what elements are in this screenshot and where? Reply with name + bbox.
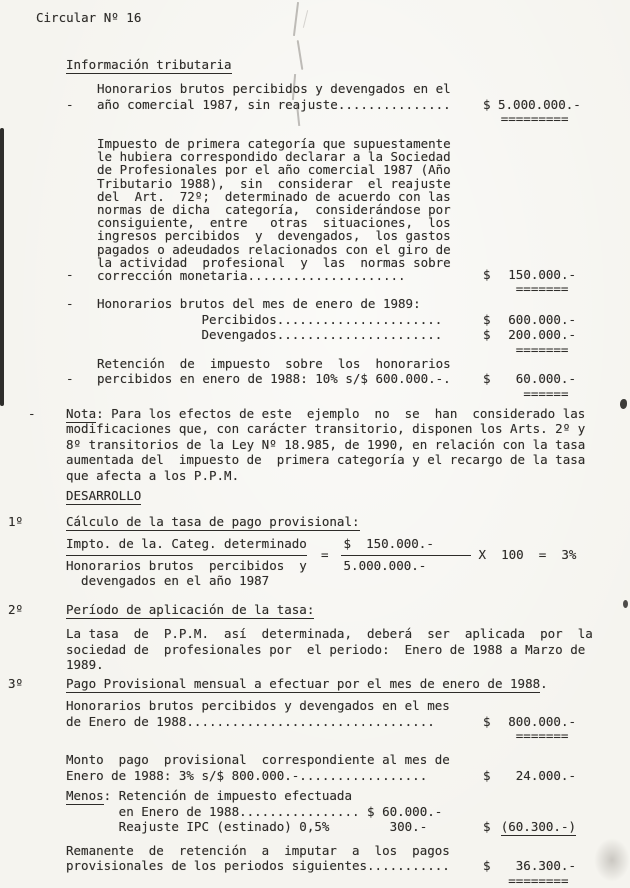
doc-row: Remanente de retención a imputar a los p… bbox=[66, 843, 630, 874]
amount-value: (60.300.-) bbox=[498, 819, 576, 835]
doc-line: Honorarios brutos percibidos y devengado… bbox=[66, 698, 483, 714]
text-segment: de Enero de 1988........................… bbox=[66, 714, 435, 729]
text-segment: Honorarios brutos percibidos y devengado… bbox=[66, 698, 450, 713]
doc-line: Honorarios brutos percibidos y devengado… bbox=[97, 81, 483, 97]
text-segment: La tasa de P.P.M. así determinada, deber… bbox=[66, 626, 593, 641]
bullet-dash: - bbox=[66, 97, 97, 113]
currency-sign: $ bbox=[483, 714, 498, 730]
section-number: 3º bbox=[8, 676, 66, 692]
double-rule: ======= bbox=[498, 283, 576, 295]
doc-line: 1989. bbox=[66, 657, 600, 673]
doc-line: Retención de impuesto sobre los honorari… bbox=[97, 356, 483, 372]
formula-result: X 100 = 3% bbox=[479, 547, 577, 563]
currency-sign: $ bbox=[483, 371, 498, 387]
underlined-text: Período de aplicación de la tasa: bbox=[66, 602, 314, 619]
fraction-numerator: Impto. de la. Categ. determinado bbox=[66, 536, 307, 552]
doc-line: 8º transitorios de la Ley Nº 18.985, de … bbox=[66, 437, 600, 453]
text-segment: en Enero de 1988................ $ 60.00… bbox=[66, 804, 442, 819]
text-segment: Reajuste IPC (estinado) 0,5% 300.- bbox=[66, 819, 427, 834]
bullet-dash: - bbox=[66, 296, 97, 312]
section-heading: Información tributaria bbox=[66, 57, 630, 73]
doc-line: Honorarios brutos del mes de enero de 19… bbox=[97, 296, 483, 312]
doc-line: Percibidos...................... bbox=[66, 312, 483, 328]
doc-row: -Impuesto de primera categoría que supue… bbox=[66, 137, 630, 282]
doc-line: La tasa de P.P.M. así determinada, deber… bbox=[66, 626, 600, 642]
underlined-text: Nota bbox=[66, 406, 96, 423]
section-number: 1º bbox=[8, 514, 66, 530]
doc-line: Enero de 1988: 3% s/$ 800.000.-.........… bbox=[66, 768, 483, 784]
amount-value: 24.000.- bbox=[498, 768, 576, 784]
doc-line: Devengados...................... bbox=[66, 327, 483, 343]
text-segment: Enero de 1988: 3% s/$ 800.000.-.........… bbox=[66, 768, 427, 783]
currency-sign: $ bbox=[483, 312, 498, 328]
section-heading: DESARROLLO bbox=[66, 488, 630, 504]
text-segment: Retención de impuesto sobre los honorari… bbox=[97, 356, 451, 371]
document-body: Información tributaria-Honorarios brutos… bbox=[0, 57, 630, 887]
row-text: Percibidos...................... bbox=[66, 312, 483, 328]
doc-line: Remanente de retención a imputar a los p… bbox=[66, 843, 483, 859]
text-segment: percibidos en enero de 1988: 10% s/$ 600… bbox=[97, 371, 451, 386]
text-segment: 8º transitorios de la Ley Nº 18.985, de … bbox=[66, 437, 585, 452]
fraction-right: $ 150.000.-5.000.000.- bbox=[341, 536, 471, 573]
section-title: Pago Provisional mensual a efectuar por … bbox=[66, 676, 548, 692]
tax-rate-formula: Impto. de la. Categ. determinadoHonorari… bbox=[66, 536, 630, 589]
bullet-dash: - bbox=[28, 406, 66, 484]
fraction-bar bbox=[341, 555, 471, 556]
text-segment: modificaciones que, con carácter transit… bbox=[66, 421, 585, 436]
doc-row: -Honorarios brutos percibidos y devengad… bbox=[66, 81, 630, 112]
fraction-denominator: 5.000.000.- bbox=[341, 558, 471, 574]
row-text: Impuesto de primera categoría que supues… bbox=[97, 137, 483, 282]
section-title: Período de aplicación de la tasa: bbox=[66, 602, 314, 618]
doc-line: provisionales de los periodos siguientes… bbox=[66, 858, 483, 874]
doc-line: aumentada del impuesto de primera catego… bbox=[66, 452, 600, 468]
doc-row: Percibidos......................$600.000… bbox=[66, 312, 630, 328]
row-text: Honorarios brutos percibidos y devengado… bbox=[97, 81, 483, 112]
section-row: 1ºCálculo de la tasa de pago provisional… bbox=[0, 514, 630, 530]
text-segment: que afecta a los P.P.M. bbox=[66, 468, 239, 483]
double-rule: ========= bbox=[498, 113, 576, 125]
text-segment: Monto pago provisional correspondiente a… bbox=[66, 752, 450, 767]
double-rule: ======= bbox=[498, 344, 576, 356]
amount-value: 60.000.- bbox=[498, 371, 576, 387]
underlined-text: Información tributaria bbox=[66, 57, 232, 74]
row-text: Retención de impuesto sobre los honorari… bbox=[97, 356, 483, 387]
row-text: Honorarios brutos percibidos y devengado… bbox=[66, 698, 483, 729]
scanned-document-page: Circular Nº 16 Información tributaria-Ho… bbox=[0, 0, 630, 888]
doc-line: Reajuste IPC (estinado) 0,5% 300.- bbox=[66, 819, 483, 835]
note-text: Nota: Para los efectos de este ejemplo n… bbox=[66, 406, 600, 484]
row-text: Remanente de retención a imputar a los p… bbox=[66, 843, 483, 874]
doc-line: año comercial 1987, sin reajuste........… bbox=[97, 97, 483, 113]
row-text: Monto pago provisional correspondiente a… bbox=[66, 752, 483, 783]
underlined-text: Pago Provisional mensual a efectuar por … bbox=[66, 676, 540, 693]
text-segment: . bbox=[540, 676, 548, 691]
doc-row: Monto pago provisional correspondiente a… bbox=[66, 752, 630, 783]
amount-value: 5.000.000.- bbox=[498, 97, 576, 113]
doc-line: Menos: Retención de impuesto efectuada bbox=[66, 788, 483, 804]
text-segment: sociedad de profesionales por el periodo… bbox=[66, 642, 585, 657]
doc-line: Nota: Para los efectos de este ejemplo n… bbox=[66, 406, 600, 422]
doc-row: Honorarios brutos percibidos y devengado… bbox=[66, 698, 630, 729]
amount-value: 36.300.- bbox=[498, 858, 576, 874]
fraction-denominator: Honorarios brutos percibidos y bbox=[66, 558, 307, 574]
bullet-dash: - bbox=[66, 267, 97, 283]
bullet-dash: - bbox=[66, 371, 97, 387]
text-segment: : Retención de impuesto efectuada bbox=[104, 788, 352, 803]
text-segment: corrección monetaria....................… bbox=[97, 268, 406, 283]
text-segment: provisionales de los periodos siguientes… bbox=[66, 858, 450, 873]
currency-sign: $ bbox=[483, 858, 498, 874]
note-row: -Nota: Para los efectos de este ejemplo … bbox=[0, 406, 630, 484]
fraction-numerator: $ 150.000.- bbox=[341, 536, 471, 552]
section-row: 3ºPago Provisional mensual a efectuar po… bbox=[0, 676, 630, 692]
doc-line: de Enero de 1988........................… bbox=[66, 714, 483, 730]
doc-line: que afecta a los P.P.M. bbox=[66, 468, 600, 484]
text-segment: 1989. bbox=[66, 657, 104, 672]
text-segment: aumentada del impuesto de primera catego… bbox=[66, 452, 585, 467]
amount-value: 800.000.- bbox=[498, 714, 576, 730]
text-segment: Devengados...................... bbox=[66, 327, 442, 342]
currency-sign: $ bbox=[483, 97, 498, 113]
text-segment: Honorarios brutos del mes de enero de 19… bbox=[97, 296, 421, 311]
fraction-left: Impto. de la. Categ. determinadoHonorari… bbox=[66, 536, 307, 589]
row-text: Menos: Retención de impuesto efectuada e… bbox=[66, 788, 483, 835]
currency-sign: $ bbox=[483, 768, 498, 784]
doc-line: modificaciones que, con carácter transit… bbox=[66, 421, 600, 437]
doc-row: -Retención de impuesto sobre los honorar… bbox=[66, 356, 630, 387]
doc-row: -Honorarios brutos del mes de enero de 1… bbox=[66, 296, 630, 312]
text-segment: Percibidos...................... bbox=[66, 312, 442, 327]
doc-line: sociedad de profesionales por el periodo… bbox=[66, 642, 600, 658]
amount-value: 150.000.- bbox=[498, 267, 576, 283]
underlined-text: Menos bbox=[66, 788, 104, 805]
double-rule: ======= bbox=[498, 730, 576, 742]
underlined-text: DESARROLLO bbox=[66, 488, 141, 505]
page-title: Circular Nº 16 bbox=[36, 10, 630, 26]
equals-sign: = bbox=[321, 547, 329, 563]
fraction-denominator: devengados en el año 1987 bbox=[66, 573, 307, 589]
paragraph: La tasa de P.P.M. así determinada, deber… bbox=[66, 626, 600, 673]
doc-line: corrección monetaria....................… bbox=[97, 269, 483, 282]
doc-row: Devengados......................$200.000… bbox=[66, 327, 630, 343]
currency-sign: $ bbox=[483, 267, 498, 283]
doc-line: percibidos en enero de 1988: 10% s/$ 600… bbox=[97, 371, 483, 387]
currency-sign: $ bbox=[483, 327, 498, 343]
underlined-text: Cálculo de la tasa de pago provisional: bbox=[66, 514, 360, 531]
section-row: 2ºPeríodo de aplicación de la tasa: bbox=[0, 602, 630, 618]
text-segment: : Para los efectos de este ejemplo no se… bbox=[96, 406, 585, 421]
section-title: Cálculo de la tasa de pago provisional: bbox=[66, 514, 360, 530]
double-rule: ======== bbox=[498, 875, 576, 887]
row-text: Devengados...................... bbox=[66, 327, 483, 343]
doc-line: en Enero de 1988................ $ 60.00… bbox=[66, 804, 483, 820]
currency-sign: $ bbox=[483, 819, 498, 835]
text-segment: Remanente de retención a imputar a los p… bbox=[66, 843, 450, 858]
text-segment: Honorarios brutos percibidos y devengado… bbox=[97, 81, 451, 96]
amount-value: 600.000.- bbox=[498, 312, 576, 328]
doc-line: Monto pago provisional correspondiente a… bbox=[66, 752, 483, 768]
amount-underlined: (60.300.-) bbox=[501, 819, 576, 836]
section-number: 2º bbox=[8, 602, 66, 618]
amount-value: 200.000.- bbox=[498, 327, 576, 343]
double-rule: ====== bbox=[498, 388, 576, 400]
fraction-bar bbox=[66, 555, 307, 556]
doc-row: Menos: Retención de impuesto efectuada e… bbox=[66, 788, 630, 835]
text-segment: año comercial 1987, sin reajuste........… bbox=[97, 97, 451, 112]
row-text: Honorarios brutos del mes de enero de 19… bbox=[97, 296, 483, 312]
